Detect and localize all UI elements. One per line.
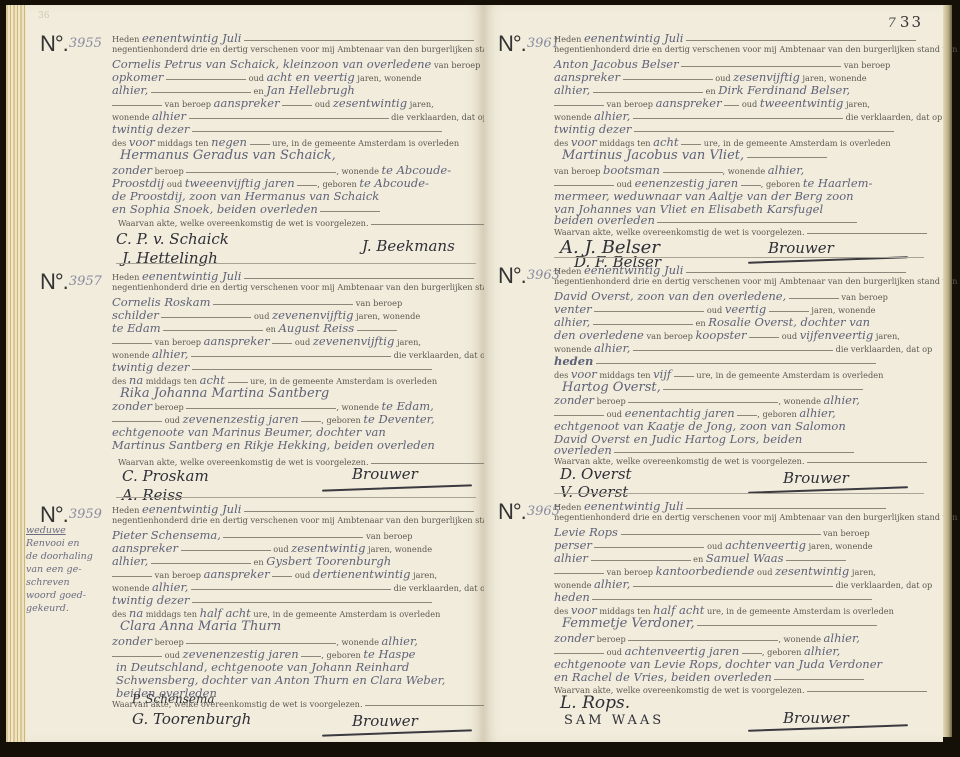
handwritten-entry: te Haspe bbox=[363, 647, 415, 661]
handwritten-entry: aanspreker bbox=[214, 96, 280, 110]
form-line: overleden bbox=[554, 443, 854, 457]
form-blank-rule bbox=[192, 601, 432, 603]
printed-form-text: middags ten bbox=[146, 376, 197, 386]
printed-form-text: oud bbox=[249, 73, 264, 83]
form-line: twintig dezer bbox=[554, 122, 894, 136]
printed-form-text: , geboren bbox=[317, 179, 357, 189]
deceased-name: Clara Anna Maria Thurn bbox=[120, 619, 281, 634]
form-line: des voor middags ten half acht ure, in d… bbox=[554, 603, 894, 617]
printed-form-text: oud bbox=[295, 337, 310, 347]
form-blank-rule bbox=[628, 639, 778, 641]
handwritten-entry: tweeentwintig bbox=[760, 96, 844, 110]
signature: D. Overst bbox=[560, 465, 632, 483]
printed-form-text: oud bbox=[167, 179, 182, 189]
form-blank-rule bbox=[633, 585, 833, 587]
printed-form-text: , wonende bbox=[336, 637, 379, 647]
text: woord goed- bbox=[26, 589, 96, 602]
handwritten-entry: twintig dezer bbox=[112, 122, 189, 136]
handwritten-entry: aanspreker bbox=[656, 96, 722, 110]
form-blank-rule bbox=[614, 451, 854, 453]
text: weduwe bbox=[26, 524, 96, 537]
handwritten-entry: zesentwintig bbox=[775, 564, 849, 578]
form-line: Heden eenentwintig Juli bbox=[554, 263, 906, 277]
handwritten-entry: dertienentwintig bbox=[313, 567, 411, 581]
handwritten-entry: zevenenzestig jaren bbox=[183, 647, 299, 661]
record-date: eenentwintig Juli bbox=[142, 31, 241, 45]
form-line: wonende alhier, die verklaarden, dat op bbox=[112, 347, 490, 361]
form-blank-rule bbox=[807, 461, 927, 463]
printed-form-text: wonende bbox=[112, 112, 149, 122]
signature: P. Schensema bbox=[132, 692, 215, 706]
printed-form-text: die verklaarden, dat op bbox=[836, 580, 933, 590]
handwritten-entry: zonder bbox=[554, 393, 594, 407]
handwritten-entry: aanspreker bbox=[204, 567, 270, 581]
details-line: Schwensberg, dochter van Anton Thurn en … bbox=[116, 673, 445, 687]
handwritten-entry: zesentwintig bbox=[291, 541, 365, 555]
form-line: des voor middags ten acht ure, in de gem… bbox=[554, 135, 891, 149]
form-blank-rule bbox=[186, 407, 336, 409]
printed-form-text: oud bbox=[165, 415, 180, 425]
form-line: de Proostdij, zoon van Hermanus van Scha… bbox=[112, 189, 379, 203]
handwritten-entry: alhier, bbox=[594, 109, 630, 123]
printed-form-text: jaren, bbox=[852, 567, 876, 577]
record-divider bbox=[116, 497, 476, 498]
text: 3957 bbox=[69, 274, 102, 289]
form-blank-rule bbox=[191, 355, 391, 357]
printed-form-text: ure, in de gemeente Amsterdam is overled… bbox=[696, 370, 883, 380]
printed-form-text: oud bbox=[607, 647, 622, 657]
printed-form-text: jaren, bbox=[846, 99, 870, 109]
text: schreven bbox=[26, 576, 96, 589]
form-blank-rule bbox=[297, 184, 317, 186]
printed-form-text: ure, in de gemeente Amsterdam is overled… bbox=[250, 376, 437, 386]
details-line: mermeer, weduwnaar van Aaltje van der Be… bbox=[554, 189, 854, 203]
handwritten-entry: achtenveertig jaren bbox=[625, 644, 740, 658]
handwritten-entry: bootsman bbox=[603, 163, 660, 177]
printed-form-text: die verklaarden, dat op bbox=[394, 350, 491, 360]
record-divider bbox=[554, 257, 924, 258]
form-line: negentienhonderd drie en dertig verschen… bbox=[554, 44, 960, 58]
handwritten-entry: venter bbox=[554, 302, 592, 316]
form-line: Clara Anna Maria Thurn bbox=[120, 619, 281, 633]
form-line: Schwensberg, dochter van Anton Thurn en … bbox=[116, 673, 445, 687]
form-line: Rika Johanna Martina Santberg bbox=[120, 386, 329, 400]
form-blank-rule bbox=[633, 117, 843, 119]
form-blank-rule bbox=[663, 388, 863, 390]
handwritten-entry: alhier, bbox=[824, 631, 860, 645]
deceased-name: Hermanus Geradus van Schaick, bbox=[120, 148, 336, 163]
printed-form-text: oud bbox=[617, 179, 632, 189]
printed-form-text: , wonende bbox=[336, 402, 379, 412]
form-blank-rule bbox=[657, 221, 857, 223]
record-number: N°.3957 bbox=[40, 269, 102, 295]
printed-form-text: wonende bbox=[554, 112, 591, 122]
printed-form-text: beroep bbox=[597, 396, 626, 406]
handwritten-entry: zevenenzestig jaren bbox=[183, 412, 299, 426]
form-line: echtgenoote van Levie Rops, dochter van … bbox=[554, 657, 882, 671]
printed-form-text: van beroep bbox=[823, 528, 869, 538]
form-blank-rule bbox=[112, 104, 162, 106]
form-blank-rule bbox=[747, 156, 827, 158]
death-record-3957: N°.3957 Heden eenentwintig Juli negentie… bbox=[40, 269, 480, 494]
form-line: oud eenentachtig jaren , geboren alhier, bbox=[554, 406, 836, 420]
form-blank-rule bbox=[554, 652, 604, 654]
handwritten-entry: alhier, bbox=[824, 393, 860, 407]
form-blank-rule bbox=[663, 171, 723, 173]
printed-form-text: van bbox=[554, 166, 569, 176]
printed-form-text: ure, in de gemeente Amsterdam is overled… bbox=[707, 606, 894, 616]
printed-form-text: , wonende bbox=[778, 396, 821, 406]
record-number: N°.3961 bbox=[498, 31, 560, 57]
handwritten-entry: kantoorbediende bbox=[656, 564, 755, 578]
form-blank-rule bbox=[191, 588, 391, 590]
declarant-1: David Overst, zoon van den overledene, bbox=[554, 289, 786, 303]
handwritten-entry: te Edam bbox=[112, 321, 161, 335]
details-line: overleden bbox=[554, 443, 612, 457]
form-blank-rule bbox=[112, 342, 152, 344]
printed-form-text: negentienhonderd drie en dertig verschen… bbox=[554, 512, 960, 522]
form-line: en Rachel de Vries, beiden overleden bbox=[554, 670, 864, 684]
form-line: beiden overleden bbox=[554, 213, 857, 227]
declarant-1: Cornelis Roskam bbox=[112, 295, 211, 309]
printed-form-text: beroep bbox=[155, 402, 184, 412]
handwritten-entry: acht bbox=[200, 373, 225, 387]
handwritten-entry: voor bbox=[571, 367, 597, 381]
form-blank-rule bbox=[593, 91, 703, 93]
details-line: echtgenoote van Marinus Beumer, dochter … bbox=[112, 425, 386, 439]
signature: G. Toorenburgh bbox=[132, 710, 251, 728]
form-blank-rule bbox=[769, 310, 809, 312]
handwritten-entry: na bbox=[129, 373, 143, 387]
text: van een ge- bbox=[26, 563, 96, 576]
form-blank-rule bbox=[633, 349, 833, 351]
handwritten-entry: zesentwintig bbox=[333, 96, 407, 110]
form-blank-rule bbox=[807, 232, 927, 234]
form-blank-rule bbox=[189, 117, 389, 119]
handwritten-entry: alhier, bbox=[594, 341, 630, 355]
form-line: oud achtenveertig jaren , geboren alhier… bbox=[554, 644, 840, 658]
declarant-1: Anton Jacobus Belser bbox=[554, 57, 679, 71]
form-line: Hermanus Geradus van Schaick, bbox=[120, 148, 336, 162]
printed-form-text: Heden bbox=[554, 34, 581, 44]
printed-form-text: en bbox=[696, 318, 706, 328]
form-line: van beroep kantoorbediende oud zesentwin… bbox=[554, 564, 876, 578]
page-stack-right-edge bbox=[943, 5, 952, 737]
form-line: den overledene van beroep koopster oud v… bbox=[554, 328, 900, 342]
printed-form-text: middags ten bbox=[599, 606, 650, 616]
signature: J. Hettelingh bbox=[122, 249, 218, 267]
form-blank-rule bbox=[594, 546, 704, 548]
form-line: alhier en Samuel Waas bbox=[554, 551, 846, 565]
form-line: wonende alhier, die verklaarden, dat op bbox=[554, 341, 932, 355]
printed-form-text: ure, in de gemeente Amsterdam is overled… bbox=[704, 138, 891, 148]
details-line: Martinus Santberg en Rikje Hekking, beid… bbox=[112, 438, 435, 452]
form-blank-rule bbox=[623, 78, 713, 80]
form-blank-rule bbox=[223, 536, 363, 538]
details-line: beiden overleden bbox=[554, 213, 655, 227]
printed-form-text: des bbox=[554, 606, 568, 616]
right-page: 733 N°.3961 Heden eenentwintig Juli nege… bbox=[484, 5, 943, 742]
handwritten-entry: voor bbox=[571, 135, 597, 149]
form-line: echtgenoot van Kaatje de Jong, zoon van … bbox=[554, 419, 846, 433]
record-number: N°.3955 bbox=[40, 31, 102, 57]
printed-form-text: die verklaarden, dat op bbox=[846, 112, 943, 122]
handwritten-entry: aanspreker bbox=[112, 541, 178, 555]
form-blank-rule bbox=[192, 130, 442, 132]
form-line: alhier, en Gysbert Toorenburgh bbox=[112, 554, 391, 568]
text: N°. bbox=[498, 263, 526, 288]
form-line: Cornelis Petrus van Schaick, kleinzoon v… bbox=[112, 57, 480, 71]
form-blank-rule bbox=[228, 381, 248, 383]
details-line: echtgenoot van Kaatje de Jong, zoon van … bbox=[554, 419, 846, 433]
printed-form-text: van beroep bbox=[155, 570, 201, 580]
text: N°. bbox=[498, 31, 526, 56]
form-line: des na middags ten half acht ure, in de … bbox=[112, 606, 440, 620]
printed-form-text: wonende bbox=[112, 350, 149, 360]
printed-form-text: van beroep bbox=[841, 292, 887, 302]
form-blank-rule bbox=[166, 78, 246, 80]
form-line: twintig dezer bbox=[112, 360, 432, 374]
form-line: zonder beroep , wonende alhier, bbox=[554, 631, 860, 645]
form-line: van beroep aanspreker oud zesentwintig j… bbox=[112, 96, 434, 110]
death-record-3963: N°.3963 Heden eenentwintig Juli negentie… bbox=[498, 263, 938, 488]
handwritten-entry: voor bbox=[571, 603, 597, 617]
signature: C. P. v. Schaick bbox=[116, 230, 229, 248]
form-blank-rule bbox=[594, 310, 704, 312]
handwritten-entry: alhier, bbox=[799, 406, 835, 420]
form-line: aanspreker oud zesenvijftig jaren, wonen… bbox=[554, 70, 867, 84]
handwritten-entry: schilder bbox=[112, 308, 159, 322]
form-blank-rule bbox=[186, 642, 336, 644]
form-line: te Edam en August Reiss bbox=[112, 321, 397, 335]
printed-form-text: jaren, bbox=[413, 570, 437, 580]
printed-form-text: beroep bbox=[155, 637, 184, 647]
handwritten-entry: eenenzestig jaren bbox=[635, 176, 738, 190]
faint-page-mark: 36 bbox=[38, 11, 49, 21]
text: N°. bbox=[40, 269, 68, 294]
printed-form-text: jaren, bbox=[876, 331, 900, 341]
handwritten-entry: alhier, bbox=[554, 315, 590, 329]
form-blank-rule bbox=[554, 572, 604, 574]
handwritten-entry: alhier bbox=[554, 551, 588, 565]
form-blank-rule bbox=[621, 533, 821, 535]
form-line: van beroep aanspreker oud zevenenvijftig… bbox=[112, 334, 421, 348]
form-blank-rule bbox=[674, 375, 694, 377]
death-record-3959: N°.3959 Heden eenentwintig Juli negentie… bbox=[40, 502, 480, 742]
deceased-name: Femmetje Verdoner, bbox=[562, 616, 695, 631]
handwritten-entry: zonder bbox=[112, 634, 152, 648]
form-line: wonende alhier die verklaarden, dat op bbox=[112, 109, 488, 123]
form-line: David Overst, zoon van den overledene, v… bbox=[554, 289, 888, 303]
handwritten-entry: te Abcoude- bbox=[359, 176, 429, 190]
form-line: in Deutschland, echtgenoote van Johann R… bbox=[116, 660, 409, 674]
death-record-3955: N°.3955 Heden eenentwintig Juli negentie… bbox=[40, 31, 480, 263]
form-line: Heden eenentwintig Juli bbox=[554, 31, 916, 45]
printed-form-text: en bbox=[254, 86, 264, 96]
page-number: 733 bbox=[888, 13, 923, 31]
printed-form-text: oud bbox=[715, 73, 730, 83]
form-blank-rule bbox=[161, 316, 251, 318]
form-line: des voor middags ten negen ure, in de ge… bbox=[112, 135, 459, 149]
handwritten-entry: alhier, bbox=[768, 163, 804, 177]
handwritten-entry: aanspreker bbox=[204, 334, 270, 348]
printed-form-text: oud bbox=[273, 544, 288, 554]
printed-form-text: oud bbox=[165, 650, 180, 660]
printed-form-text: oud bbox=[295, 570, 310, 580]
printed-form-text: oud bbox=[254, 311, 269, 321]
form-blank-rule bbox=[371, 223, 491, 225]
record-divider bbox=[116, 263, 476, 264]
form-blank-rule bbox=[554, 184, 614, 186]
text: N°. bbox=[498, 499, 526, 524]
form-line: twintig dezer bbox=[112, 593, 432, 607]
printed-form-text: oud bbox=[315, 99, 330, 109]
form-blank-rule bbox=[250, 143, 270, 145]
printed-form-text: oud bbox=[707, 305, 722, 315]
form-blank-rule bbox=[244, 277, 474, 279]
form-line: echtgenoote van Marinus Beumer, dochter … bbox=[112, 425, 386, 439]
printed-form-text: , geboren bbox=[321, 415, 361, 425]
form-line: Proostdij oud tweeenvijftig jaren , gebo… bbox=[112, 176, 429, 190]
printed-form-text: beroep bbox=[571, 166, 600, 176]
signature: Brouwer bbox=[783, 709, 849, 727]
printed-form-text: jaren, wonende bbox=[357, 73, 421, 83]
form-label: Heden bbox=[112, 34, 139, 44]
form-line: mermeer, weduwnaar van Aaltje van der Be… bbox=[554, 189, 854, 203]
margin-annotation: weduwe Renvooi en de doorhaling van een … bbox=[26, 524, 96, 615]
form-line: Cornelis Roskam van beroep bbox=[112, 295, 402, 309]
form-line: Heden eenentwintig Juli bbox=[112, 269, 474, 283]
closing-statement: Waarvan akte, welke overeenkomstig de we… bbox=[554, 227, 805, 237]
printed-form-text: , wonende bbox=[336, 166, 379, 176]
printed-form-text: jaren, wonende bbox=[811, 305, 875, 315]
form-blank-rule bbox=[151, 562, 251, 564]
form-line: Femmetje Verdoner, bbox=[562, 616, 877, 630]
handwritten-entry: alhier, bbox=[382, 634, 418, 648]
form-blank-rule bbox=[749, 336, 779, 338]
form-line: wonende alhier, die verklaarden, dat op bbox=[554, 109, 942, 123]
form-blank-rule bbox=[112, 655, 162, 657]
printed-form-text: jaren, bbox=[410, 99, 434, 109]
form-line: oud zevenenzestig jaren , geboren te Dev… bbox=[112, 412, 435, 426]
death-record-3965: N°.3965 Heden eenentwintig Juli negentie… bbox=[498, 499, 938, 734]
form-blank-rule bbox=[593, 323, 693, 325]
form-line: heden bbox=[554, 354, 876, 368]
form-blank-rule bbox=[181, 549, 271, 551]
printed-form-text: oud bbox=[607, 409, 622, 419]
form-line: negentienhonderd drie en dertig verschen… bbox=[554, 512, 960, 526]
form-line: Heden eenentwintig Juli bbox=[112, 31, 474, 45]
form-line: zonder beroep , wonende te Abcoude- bbox=[112, 163, 451, 177]
printed-form-text: en bbox=[706, 86, 716, 96]
form-blank-rule bbox=[786, 559, 846, 561]
record-divider bbox=[554, 493, 924, 494]
signature: Brouwer bbox=[768, 239, 834, 257]
signature: J. Beekmans bbox=[362, 237, 455, 255]
signature-flourish bbox=[322, 729, 472, 736]
form-blank-rule bbox=[807, 690, 927, 692]
handwritten-entry: koopster bbox=[695, 328, 746, 342]
declarant-2: Dirk Ferdinand Belser, bbox=[718, 83, 850, 97]
details-line: de Proostdij, zoon van Hermanus van Scha… bbox=[112, 189, 379, 203]
signature: C. Proskam bbox=[122, 467, 209, 485]
handwritten-entry: heden bbox=[554, 354, 593, 368]
printed-form-text: , geboren bbox=[757, 409, 797, 419]
text: gekeurd. bbox=[26, 602, 96, 615]
details-line: echtgenoote van Levie Rops, dochter van … bbox=[554, 657, 882, 671]
signature-flourish bbox=[322, 484, 472, 491]
form-line: Anton Jacobus Belser van beroep bbox=[554, 57, 890, 71]
printed-form-text: Heden bbox=[112, 505, 139, 515]
declarant-1-age: acht en veertig bbox=[267, 70, 355, 84]
form-line: van beroep aanspreker oud dertienentwint… bbox=[112, 567, 437, 581]
form-blank-rule bbox=[272, 342, 292, 344]
printed-form-text: oud bbox=[707, 541, 722, 551]
declarant-1-occupation: opkomer bbox=[112, 70, 163, 84]
form-blank-rule bbox=[591, 559, 691, 561]
form-line: oud zevenenzestig jaren , geboren te Has… bbox=[112, 647, 415, 661]
printed-form-text: negentienhonderd drie en dertig verschen… bbox=[554, 276, 960, 286]
text: N°. bbox=[40, 31, 68, 56]
form-blank-rule bbox=[596, 362, 876, 364]
form-blank-rule bbox=[365, 704, 485, 706]
form-blank-rule bbox=[697, 624, 877, 626]
handwritten-entry: aanspreker bbox=[554, 70, 620, 84]
form-blank-rule bbox=[151, 91, 251, 93]
form-line: aanspreker oud zesentwintig jaren, wonen… bbox=[112, 541, 432, 555]
record-date: eenentwintig Juli bbox=[142, 502, 241, 516]
page-stack-left-edge bbox=[6, 5, 28, 742]
form-line: zonder beroep , wonende te Edam, bbox=[112, 399, 434, 413]
left-page: 36 N°.3955 Heden eenentwintig Juli negen… bbox=[26, 5, 484, 742]
printed-form-text: van beroep bbox=[646, 331, 692, 341]
handwritten-entry: veertig bbox=[725, 302, 766, 316]
text: 3955 bbox=[69, 36, 102, 51]
printed-form-text: en bbox=[266, 324, 276, 334]
form-blank-rule bbox=[681, 65, 841, 67]
form-blank-rule bbox=[163, 329, 263, 331]
form-line: wonende alhier, die verklaarden, dat op bbox=[112, 580, 490, 594]
form-line: des na middags ten acht ure, in de gemee… bbox=[112, 373, 437, 387]
printed-form-text: van beroep bbox=[366, 531, 412, 541]
printed-form-text: ure, in de gemeente Amsterdam is overled… bbox=[253, 609, 440, 619]
printed-form-text: , wonende bbox=[723, 166, 766, 176]
closing-statement: Waarvan akte, welke overeenkomstig de we… bbox=[118, 457, 369, 467]
form-blank-rule bbox=[301, 655, 321, 657]
form-blank-rule bbox=[628, 401, 778, 403]
declarant-1: Levie Rops bbox=[554, 525, 618, 539]
handwritten-entry: alhier, bbox=[554, 83, 590, 97]
printed-form-text: middags ten bbox=[599, 370, 650, 380]
handwritten-entry: half acht bbox=[200, 606, 251, 620]
printed-form-text: wonende bbox=[554, 580, 591, 590]
deceased-name: Martinus Jacobus van Vliet, bbox=[562, 148, 744, 163]
form-blank-rule bbox=[112, 420, 162, 422]
signature: Brouwer bbox=[783, 469, 849, 487]
handwritten-entry: te Haarlem- bbox=[803, 176, 873, 190]
printed-form-text: , geboren bbox=[761, 179, 801, 189]
printed-form-text: , wonende bbox=[778, 634, 821, 644]
form-line: wonende alhier, die verklaarden, dat op bbox=[554, 577, 932, 591]
form-blank-rule bbox=[320, 210, 380, 212]
form-line: opkomer oud acht en veertig jaren, wonen… bbox=[112, 70, 421, 84]
form-blank-rule bbox=[244, 510, 474, 512]
form-blank-rule bbox=[554, 104, 604, 106]
printed-form-text: beroep bbox=[597, 634, 626, 644]
form-line: Heden eenentwintig Juli bbox=[112, 502, 474, 516]
text: de doorhaling bbox=[26, 550, 96, 563]
form-line: alhier, en Rosalie Overst, dochter van bbox=[554, 315, 870, 329]
